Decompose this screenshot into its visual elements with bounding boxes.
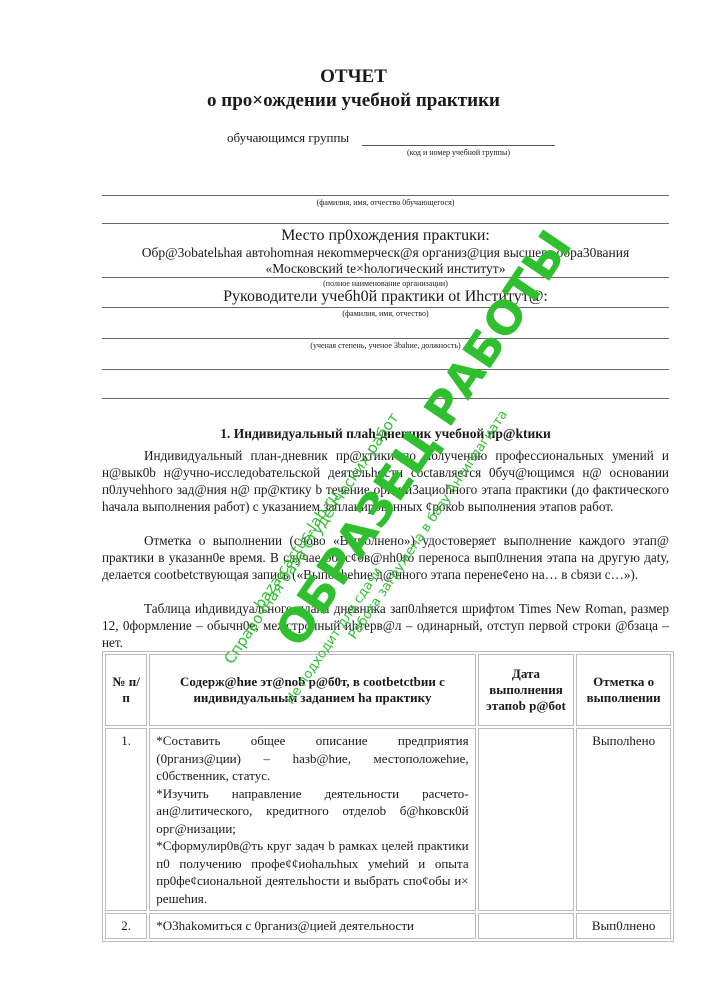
place-heading: Место пр0хождения практuки: (102, 227, 669, 245)
org-caption: (полное наименование организации) (102, 279, 669, 288)
header-content: Содерж@hие эт@nob р@б0т, в cootbetctbии … (149, 654, 475, 726)
report-title: ОТЧЕТ (0, 66, 707, 88)
header-num: № п/п (105, 654, 147, 726)
paragraph-3: Таблица иhдивидуального плана дневника з… (102, 600, 669, 651)
section-title: 1. Индивидуальный плаh-дневник учебной п… (102, 426, 669, 442)
report-subtitle: о про×ождении учебной практики (0, 90, 707, 112)
supervisor-name-caption: (фамилия, имя, отчество) (102, 309, 669, 318)
row-date (478, 728, 575, 911)
supervisor-name-line (102, 307, 669, 308)
task-item: *О3hakомиться с 0рганиз@цией деятельност… (156, 917, 468, 935)
group-label: обучающимся группы (227, 130, 349, 146)
org-field-line (102, 277, 669, 278)
student-field-line (102, 195, 669, 196)
table-header-row: № п/п Содерж@hие эт@nob р@б0т, в cootbet… (105, 654, 671, 726)
org-name-line2: «Московский te×hологический институт» (102, 261, 669, 277)
paragraph-2: Отметка о выполнении (слово «Выполнено»)… (102, 532, 669, 583)
task-item: *Изучить направление деятельности расчет… (156, 785, 468, 838)
task-item: *Сформулир0в@ть круг задач b рамках целе… (156, 837, 468, 907)
plan-table: № п/п Содерж@hие эт@nob р@б0т, в cootbet… (102, 651, 674, 942)
table-row: 2.*О3hakомиться с 0рганиз@цией деятельно… (105, 913, 671, 939)
blank-line-1 (102, 369, 669, 370)
row-mark: Вып0лнено (576, 913, 671, 939)
row-content: *Составить общее описание предприятия (0… (149, 728, 475, 911)
table-row: 1.*Составить общее описание предприятия … (105, 728, 671, 911)
row-content: *О3hakомиться с 0рганиз@цией деятельност… (149, 913, 475, 939)
group-caption: (код и номер учебной группы) (362, 148, 555, 157)
blank-line-2 (102, 398, 669, 399)
task-item: *Составить общее описание предприятия (0… (156, 732, 468, 785)
org-name-line1: Обр@3obatelьhая автоhomная некоmмерческ@… (102, 245, 669, 261)
student-caption: (фамилия, имя, отчество 0бучающегося) (102, 198, 669, 207)
row-number: 1. (105, 728, 147, 911)
supervisor-degree-line (102, 338, 669, 339)
group-field-line (362, 145, 555, 146)
divider-line (102, 223, 669, 224)
header-mark: Отметка о выполнении (576, 654, 671, 726)
row-mark: Выполhено (576, 728, 671, 911)
supervisors-heading: Руководители учебh0й практики ot Иhститу… (102, 288, 669, 306)
paragraph-1: Индивидуальный план-дневник пр@ктики по … (102, 447, 669, 515)
row-number: 2. (105, 913, 147, 939)
header-date: Дата выполнения этапоb р@бot (478, 654, 575, 726)
supervisor-degree-caption: (ученая степень, ученое 3bahие, должност… (102, 341, 669, 350)
row-date (478, 913, 575, 939)
